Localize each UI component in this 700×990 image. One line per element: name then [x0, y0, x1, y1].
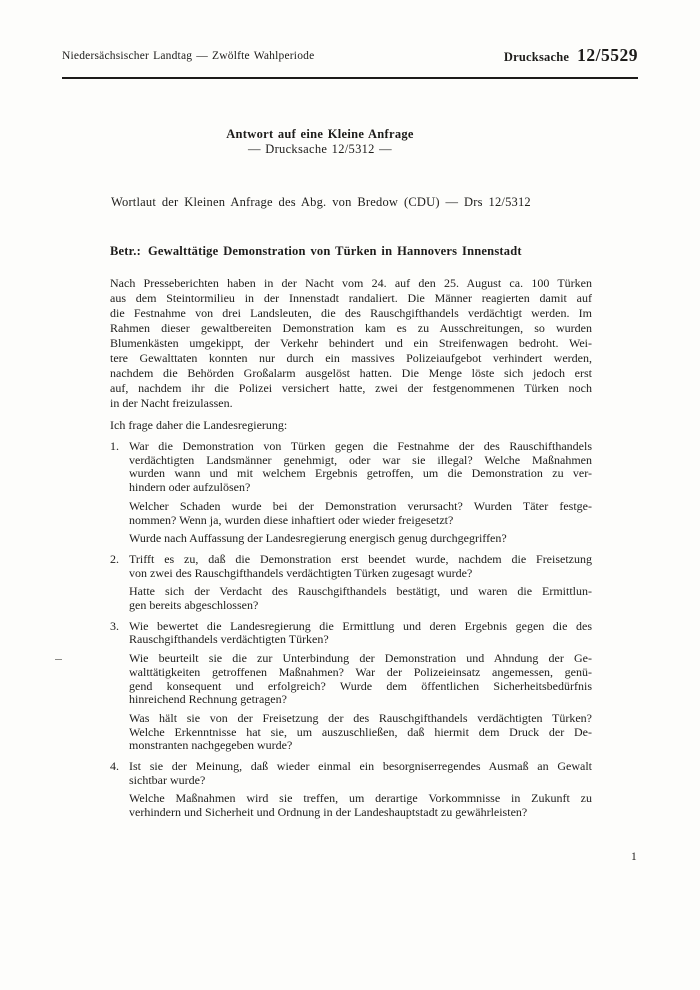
intro-line: aus dem Steintormilieu in der Innenstadt… [110, 291, 592, 306]
question-1-paragraph-1: War die Demonstration von Türken gegen d… [129, 440, 592, 495]
intro-line: nachdem die Behörden Großalarm ausgelöst… [110, 366, 592, 381]
question-3-line: Rauschgifthandels verdächtigten Türken? [129, 633, 592, 647]
question-2-line: von zwei des Rauschgifthandels verdächti… [129, 567, 592, 581]
question-1-line: verdächtigten Landsmänner genehmigt, ode… [129, 454, 592, 468]
header-right: Drucksache 12/5529 [504, 45, 638, 66]
question-1-paragraph-3: Wurde nach Auffassung der Landesregierun… [129, 532, 592, 546]
intro-line: auf, nachdem ihr die Polizei versichert … [110, 381, 592, 396]
intro-line: Nach Presseberichten haben in der Nacht … [110, 276, 592, 291]
intro-line: tere Gewalttaten konnten nur durch ein m… [110, 351, 592, 366]
question-4-paragraph-2: Welche Maßnahmen wird sie treffen, um de… [129, 792, 592, 819]
question-body: Wie bewertet die Landesregierung die Erm… [129, 620, 592, 753]
question-number: 3. [110, 620, 129, 753]
question-3-line: gend konsequent und erfolgreich? Wurde d… [129, 680, 592, 694]
question-1-line: hindern oder aufzulösen? [129, 481, 592, 495]
question-number: 1. [110, 440, 129, 546]
question-3-line: Welche Erkenntnisse hat sie, um auszusch… [129, 726, 592, 740]
question-4-paragraph-1: Ist sie der Meinung, daß wieder einmal e… [129, 760, 592, 787]
intro-line: die Festnahme von drei Landsleuten, die … [110, 306, 592, 321]
question-body: War die Demonstration von Türken gegen d… [129, 440, 592, 546]
question-2-line: Hatte sich der Verdacht des Rauschgiftha… [129, 585, 592, 599]
question-3-line: hinreichend Rechnung getragen? [129, 693, 592, 707]
question-1-paragraph-2: Welcher Schaden wurde bei der Demonstrat… [129, 500, 592, 527]
question-4-line: Welche Maßnahmen wird sie treffen, um de… [129, 792, 592, 806]
question-item-3: 3.Wie bewertet die Landesregierung die E… [110, 620, 592, 753]
question-2-paragraph-1: Trifft es zu, daß die Demonstration erst… [129, 553, 592, 580]
document-page: Niedersächsischer Landtag — Zwölfte Wahl… [0, 0, 700, 990]
question-4-line: verhindern und Sicherheit und Ordnung in… [129, 806, 592, 820]
document-body: Nach Presseberichten haben in der Nacht … [110, 276, 592, 820]
question-2-paragraph-2: Hatte sich der Verdacht des Rauschgiftha… [129, 585, 592, 612]
intro-line: Blumenkästen umgekippt, der Verkehr behi… [110, 336, 592, 351]
question-4-line: Ist sie der Meinung, daß wieder einmal e… [129, 760, 592, 774]
header-left: Niedersächsischer Landtag — Zwölfte Wahl… [62, 50, 314, 62]
intro-line: Rahmen dieser gewaltbereiten Demonstrati… [110, 321, 592, 336]
page-number: 1 [631, 851, 637, 863]
question-3-line: Wie beurteilt sie die zur Unterbindung d… [129, 652, 592, 666]
drucksache-label: Drucksache [504, 50, 569, 65]
drucksache-number: 12/5529 [577, 45, 638, 66]
question-1-line: War die Demonstration von Türken gegen d… [129, 440, 592, 454]
intro-paragraph: Nach Presseberichten haben in der Nacht … [110, 276, 592, 411]
document-title: Antwort auf eine Kleine Anfrage [110, 127, 530, 142]
question-3-line: monstranten nachgegeben wurde? [129, 739, 592, 753]
question-3-line: Was hält sie von der Freisetzung der des… [129, 712, 592, 726]
wortlaut-line: Wortlaut der Kleinen Anfrage des Abg. vo… [111, 195, 531, 210]
title-block: Antwort auf eine Kleine Anfrage — Drucks… [110, 127, 530, 157]
subject-label: Betr.: [110, 244, 141, 258]
question-item-2: 2.Trifft es zu, daß die Demonstration er… [110, 553, 592, 613]
question-3-line: Wie bewertet die Landesregierung die Erm… [129, 620, 592, 634]
question-intro-line: Ich frage daher die Landesregierung: [110, 418, 592, 433]
question-2-line: gen bereits abgeschlossen? [129, 599, 592, 613]
question-item-1: 1.War die Demonstration von Türken gegen… [110, 440, 592, 546]
subject-line: Betr.:Gewalttätige Demonstration von Tür… [110, 244, 522, 259]
question-1-line: Welcher Schaden wurde bei der Demonstrat… [129, 500, 592, 514]
subject-text: Gewalttätige Demonstration von Türken in… [148, 244, 522, 258]
header-rule [62, 77, 638, 79]
question-number: 2. [110, 553, 129, 613]
questions-list: 1.War die Demonstration von Türken gegen… [110, 440, 592, 820]
question-body: Ist sie der Meinung, daß wieder einmal e… [129, 760, 592, 820]
question-2-line: Trifft es zu, daß die Demonstration erst… [129, 553, 592, 567]
question-3-line: walttätigkeiten getroffenen Maßnahmen? W… [129, 666, 592, 680]
scan-artifact-mark [55, 659, 62, 660]
question-1-line: wurden wann und mit welchem Ergebnis get… [129, 467, 592, 481]
question-1-line: Wurde nach Auffassung der Landesregierun… [129, 532, 592, 546]
question-item-4: 4.Ist sie der Meinung, daß wieder einmal… [110, 760, 592, 820]
document-title-reference: — Drucksache 12/5312 — [110, 142, 530, 157]
question-body: Trifft es zu, daß die Demonstration erst… [129, 553, 592, 613]
question-4-line: sichtbar wurde? [129, 774, 592, 788]
question-1-line: nommen? Wenn ja, wurden diese inhaftiert… [129, 514, 592, 528]
question-3-paragraph-2: Wie beurteilt sie die zur Unterbindung d… [129, 652, 592, 707]
question-3-paragraph-1: Wie bewertet die Landesregierung die Erm… [129, 620, 592, 647]
question-number: 4. [110, 760, 129, 820]
intro-line: in der Nacht freizulassen. [110, 396, 592, 411]
question-3-paragraph-3: Was hält sie von der Freisetzung der des… [129, 712, 592, 753]
